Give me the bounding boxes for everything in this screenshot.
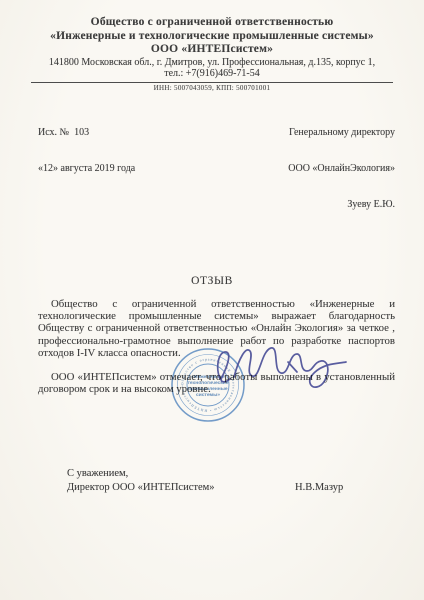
org-tax-ids-line: ИНН: 5007043059, КПП: 500701001 bbox=[0, 84, 424, 93]
org-type-line: Общество с ограниченной ответственностью bbox=[0, 16, 424, 30]
letter-meta: Исх. № 103 «12» августа 2019 года Генера… bbox=[0, 93, 424, 235]
recipient-company: ООО «ОнлайнЭкология» bbox=[288, 163, 395, 175]
letterhead: Общество с ограниченной ответственностью… bbox=[0, 0, 424, 93]
signoff-name: Н.В.Мазур bbox=[295, 481, 343, 495]
letter-page: Общество с ограниченной ответственностью… bbox=[0, 0, 424, 600]
letter-body: Общество с ограниченной ответственностью… bbox=[0, 288, 424, 396]
letter-title: ОТЗЫВ bbox=[0, 275, 424, 288]
org-phone-line: тел.: +7(916)469-71-54 bbox=[0, 68, 424, 80]
recipient-title: Генеральному директору bbox=[288, 127, 395, 139]
org-address-line: 141800 Московская обл., г. Дмитров, ул. … bbox=[0, 57, 424, 69]
signoff-closing: С уважением, bbox=[67, 467, 395, 481]
letterhead-divider bbox=[31, 82, 393, 83]
recipient-block: Генеральному директору ООО «ОнлайнЭколог… bbox=[288, 103, 395, 235]
letter-date: «12» августа 2019 года bbox=[38, 163, 135, 175]
signoff-block: С уважением, Директор ООО «ИНТЕПсистем» … bbox=[0, 467, 424, 494]
body-paragraph-1: Общество с ограниченной ответственностью… bbox=[38, 298, 395, 360]
recipient-person: Зуеву Е.Ю. bbox=[288, 199, 395, 211]
outgoing-block: Исх. № 103 «12» августа 2019 года bbox=[38, 103, 135, 199]
body-paragraph-2: ООО «ИНТЕПсистем» отмечает, что работы в… bbox=[38, 371, 395, 396]
signoff-position: Директор ООО «ИНТЕПсистем» bbox=[67, 481, 395, 495]
outgoing-number: Исх. № 103 bbox=[38, 127, 135, 139]
org-name-line: «Инженерные и технологические промышленн… bbox=[0, 30, 424, 44]
org-short-name-line: ООО «ИНТЕПсистем» bbox=[0, 43, 424, 57]
